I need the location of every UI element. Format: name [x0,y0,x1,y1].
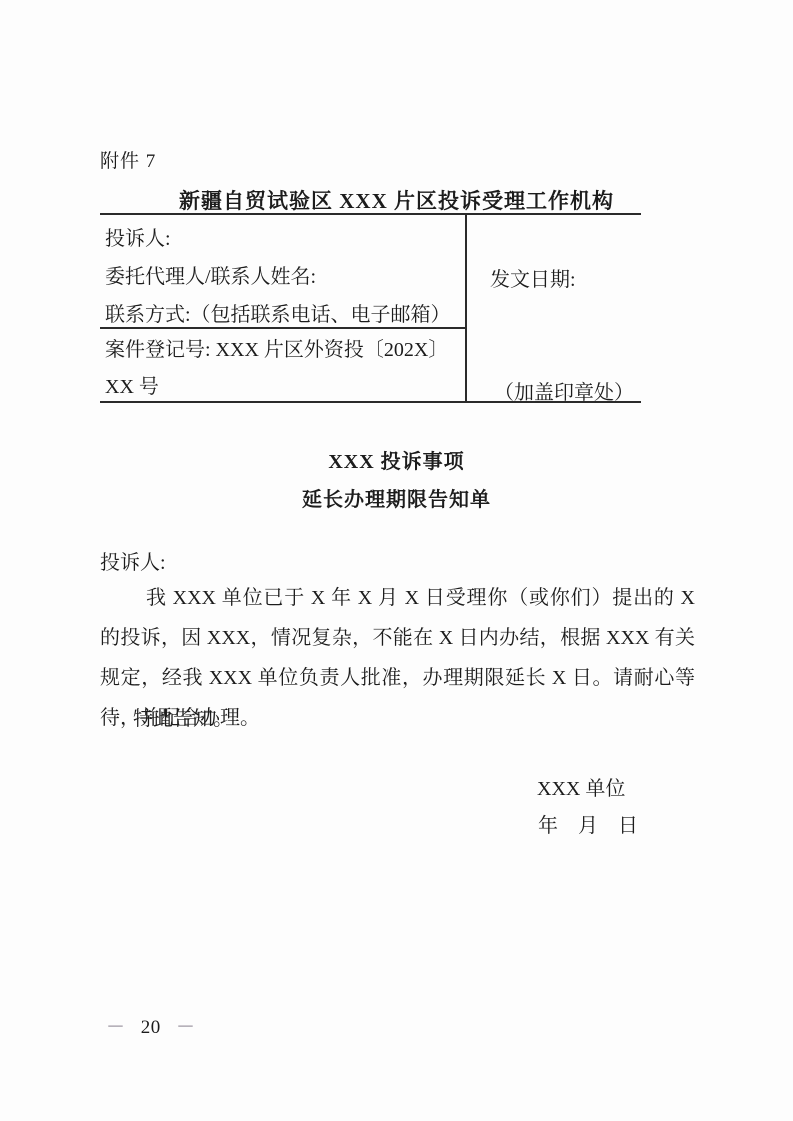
contact-method-field-label: 联系方式:（包括联系电话、电子邮箱） [105,296,457,334]
signature-unit: XXX 单位 [537,772,625,801]
page-footer: － 20 － [106,1012,196,1039]
document-title: 新疆自贸试验区 XXX 片区投诉受理工作机构 [0,185,793,215]
signature-date: 年 月 日 [538,809,638,838]
agent-contact-name-field-label: 委托代理人/联系人姓名: [105,258,457,296]
notice-title-line1: XXX 投诉事项 [0,443,793,481]
header-info-table: 投诉人: 委托代理人/联系人姓名: 联系方式:（包括联系电话、电子邮箱） 案件登… [100,213,641,403]
notice-title: XXX 投诉事项 延长办理期限告知单 [0,443,793,519]
attachment-label: 附件 7 [100,146,156,173]
seal-placeholder: （加盖印章处） [494,376,634,405]
issue-date-field-label: 发文日期: [490,263,576,292]
case-registration-number: 案件登记号: XXX 片区外资投〔202X〕XX 号 [105,332,457,406]
notice-title-line2: 延长办理期限告知单 [0,481,793,519]
footer-dash-right: － [176,1017,196,1038]
salutation: 投诉人: [100,552,166,574]
closing-line: 特此告知。 [133,699,233,739]
table-vertical-divider [465,215,467,401]
page-number: 20 [141,1017,161,1038]
document-page: 附件 7 新疆自贸试验区 XXX 片区投诉受理工作机构 投诉人: 委托代理人/联… [0,0,793,1121]
complainant-field-label: 投诉人: [105,220,457,258]
footer-dash-left: － [106,1017,126,1038]
